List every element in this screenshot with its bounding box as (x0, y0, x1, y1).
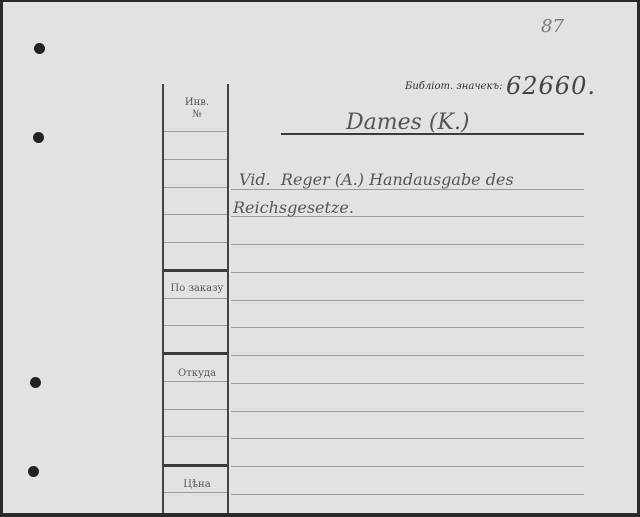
section-divider (164, 464, 227, 467)
ruled-line (231, 272, 584, 273)
column-rule (164, 492, 227, 493)
punch-hole (33, 132, 44, 143)
ruled-line (231, 189, 584, 190)
inventory-label: Инв. (165, 97, 229, 108)
column-rule (164, 409, 227, 410)
column-rule (164, 159, 227, 160)
section-divider (164, 352, 227, 355)
pencil-mark: 87 (541, 16, 564, 37)
ruled-line (231, 411, 584, 412)
punch-hole (30, 377, 41, 388)
library-mark-value: 62660. (506, 72, 596, 100)
ruled-line (231, 300, 584, 301)
column-rule (164, 436, 227, 437)
ruled-line (231, 383, 584, 384)
section-divider (164, 269, 227, 272)
punch-hole (34, 43, 45, 54)
column-rule (164, 325, 227, 326)
ruled-line (231, 466, 584, 467)
column-rule (164, 242, 227, 243)
heading-rule (281, 133, 584, 135)
column-rule (164, 381, 227, 382)
ruled-line (231, 355, 584, 356)
catalog-card: 87 Библіот. значекъ: 62660. Dames (K.) И… (3, 2, 637, 513)
library-mark-label: Библіот. значекъ: (405, 81, 502, 92)
column-rule (164, 131, 227, 132)
source-label: Откуда (165, 368, 229, 379)
column-rule (164, 187, 227, 188)
by-order-label: По заказу (165, 283, 229, 294)
ruled-line (231, 494, 584, 495)
ruled-line (231, 438, 584, 439)
entry-line-2: Reichsgesetze. (233, 198, 354, 217)
column-border-right (227, 84, 229, 513)
price-label: Цѣна (165, 479, 229, 490)
author-heading: Dames (K.) (346, 110, 470, 135)
punch-hole (28, 466, 39, 477)
entry-line-1: Vid. Reger (A.) Handausgabe des (239, 170, 514, 189)
column-rule (164, 214, 227, 215)
number-sign: № (165, 109, 229, 120)
ruled-line (231, 244, 584, 245)
column-rule (164, 298, 227, 299)
ruled-line (231, 327, 584, 328)
